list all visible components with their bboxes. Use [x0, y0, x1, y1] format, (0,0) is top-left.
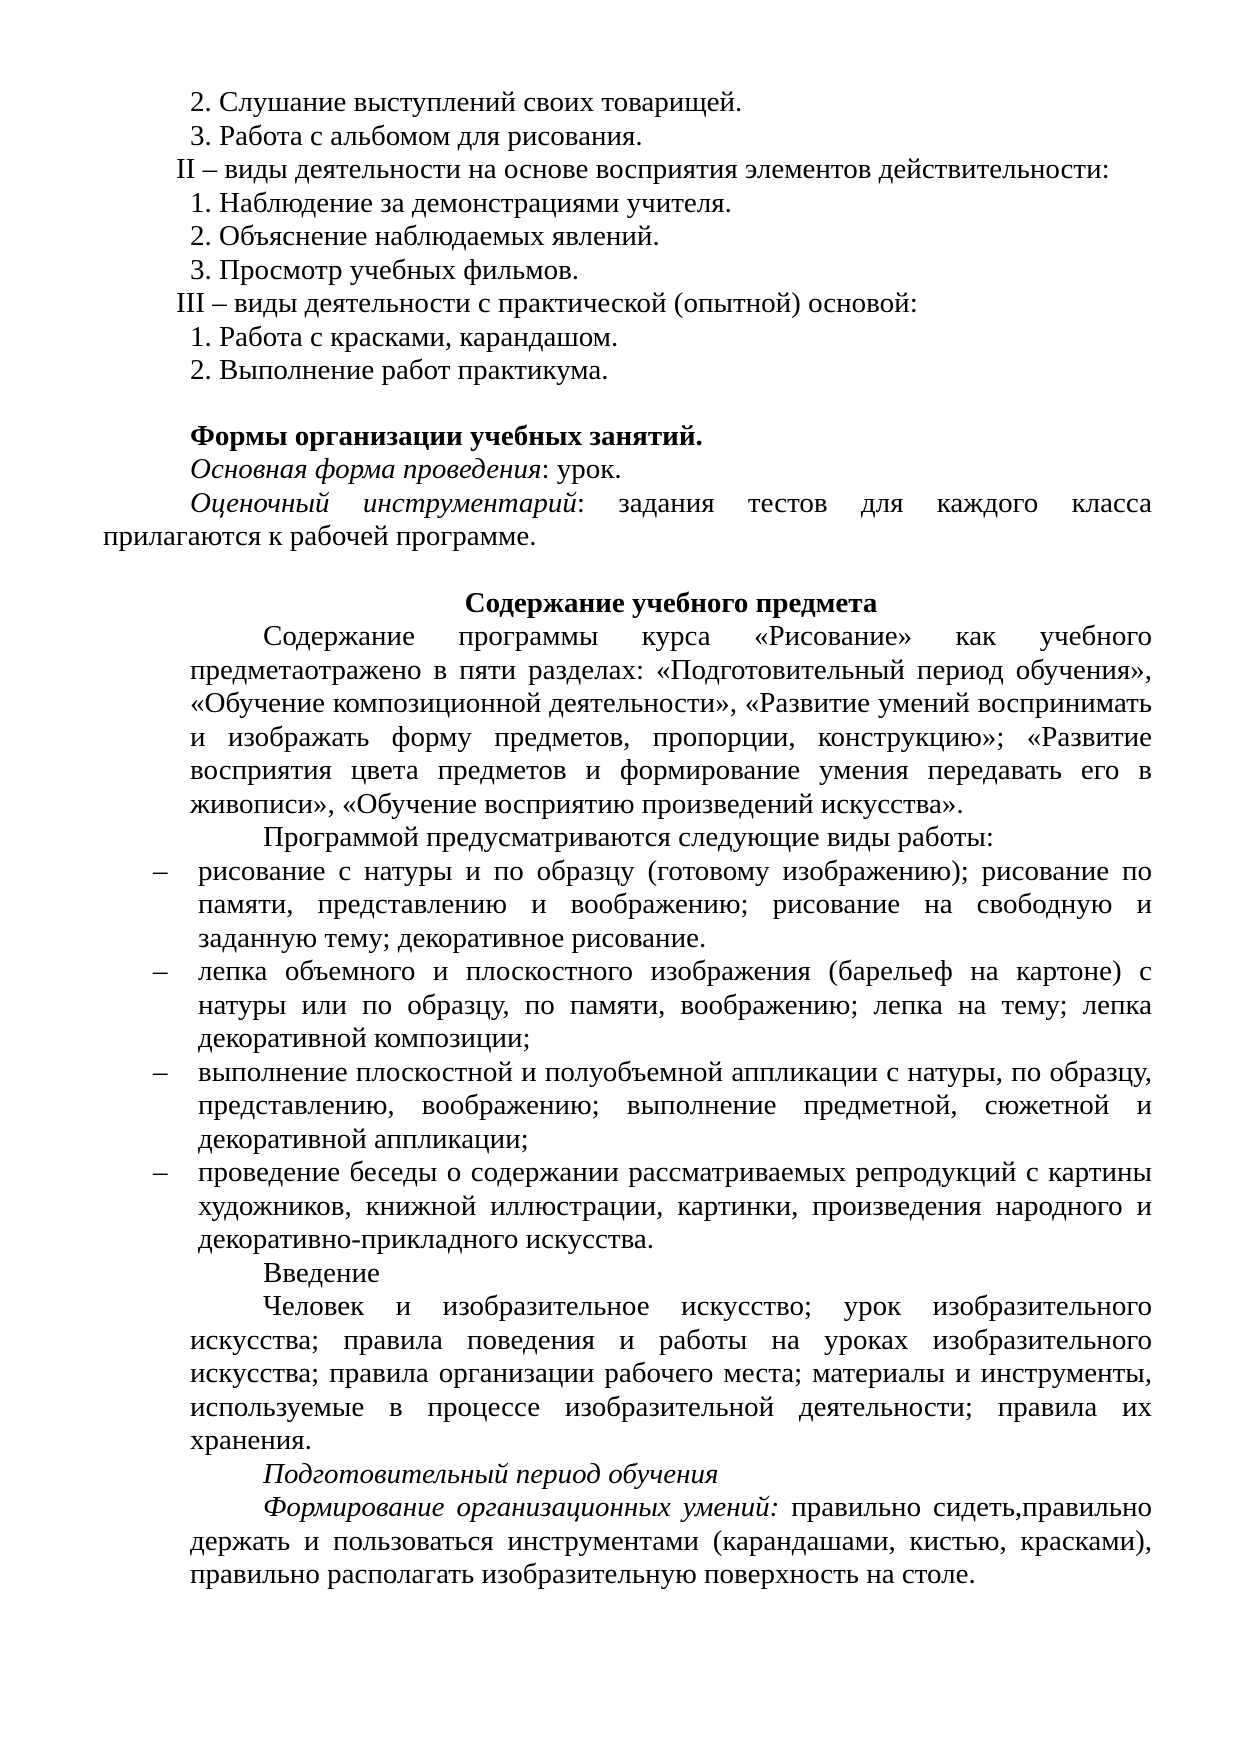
org-skills-label: Формирование организационных умений: — [263, 1491, 779, 1523]
list-item-explanation: 2. Объяснение наблюдаемых явлений. — [190, 220, 1152, 254]
prep-period-heading: Подготовительный период обучения — [190, 1458, 1152, 1492]
document-page: { "page": { "background": "#ffffff", "te… — [0, 0, 1240, 1754]
list-item-album: 3. Работа с альбомом для рисования. — [190, 120, 1152, 154]
bullet-text: выполнение плоскостной и полуобъемной ап… — [198, 1056, 1152, 1155]
paragraph-assessment-tools: Оценочный инструментарий: задания тестов… — [103, 487, 1152, 554]
bullet-item-discussion: –проведение беседы о содержании рассматр… — [153, 1156, 1152, 1257]
paragraph-work-types-lead: Программой предусматриваются следующие в… — [190, 821, 1152, 855]
assessment-tools-label: Оценочный инструментарий — [190, 487, 577, 519]
main-form-value: : урок. — [541, 453, 621, 485]
paragraph-course-overview: Содержание программы курса «Рисование» к… — [190, 620, 1152, 821]
list-item-group-3: III – виды деятельности с практической (… — [176, 287, 1152, 321]
list-item-practicum: 2. Выполнение работ практикума. — [190, 354, 1152, 388]
dash-marker: – — [153, 855, 168, 889]
introduction-label: Введение — [190, 1257, 1152, 1291]
bullet-item-drawing: –рисование с натуры и по образцу (готово… — [153, 855, 1152, 956]
dash-marker: – — [153, 955, 168, 989]
list-item-films: 3. Просмотр учебных фильмов. — [190, 254, 1152, 288]
bullet-item-applique: –выполнение плоскостной и полуобъемной а… — [153, 1056, 1152, 1157]
document-content: 2. Слушание выступлений своих товарищей.… — [103, 86, 1152, 1592]
paragraph-introduction: Человек и изобразительное искусство; уро… — [190, 1290, 1152, 1458]
bullet-item-modeling: –лепка объемного и плоскостного изображе… — [153, 955, 1152, 1056]
paragraph-main-form: Основная форма проведения: урок. — [190, 453, 1152, 487]
bullet-text: лепка объемного и плоскостного изображен… — [198, 955, 1152, 1054]
dash-marker: – — [153, 1156, 168, 1190]
forms-section-heading: Формы организации учебных занятий. — [190, 420, 1152, 454]
dash-marker: – — [153, 1056, 168, 1090]
bullet-text: проведение беседы о содержании рассматри… — [198, 1156, 1152, 1255]
list-item-group-2: II – виды деятельности на основе восприя… — [176, 153, 1152, 187]
paragraph-org-skills: Формирование организационных умений: пра… — [190, 1491, 1152, 1592]
list-item-observation: 1. Наблюдение за демонстрациями учителя. — [190, 187, 1152, 221]
list-item-hearing: 2. Слушание выступлений своих товарищей. — [190, 86, 1152, 120]
main-form-label: Основная форма проведения — [190, 453, 541, 485]
list-item-paints: 1. Работа с красками, карандашом. — [190, 321, 1152, 355]
bullet-text: рисование с натуры и по образцу (готовом… — [198, 855, 1152, 954]
content-section-heading: Содержание учебного предмета — [190, 587, 1152, 621]
